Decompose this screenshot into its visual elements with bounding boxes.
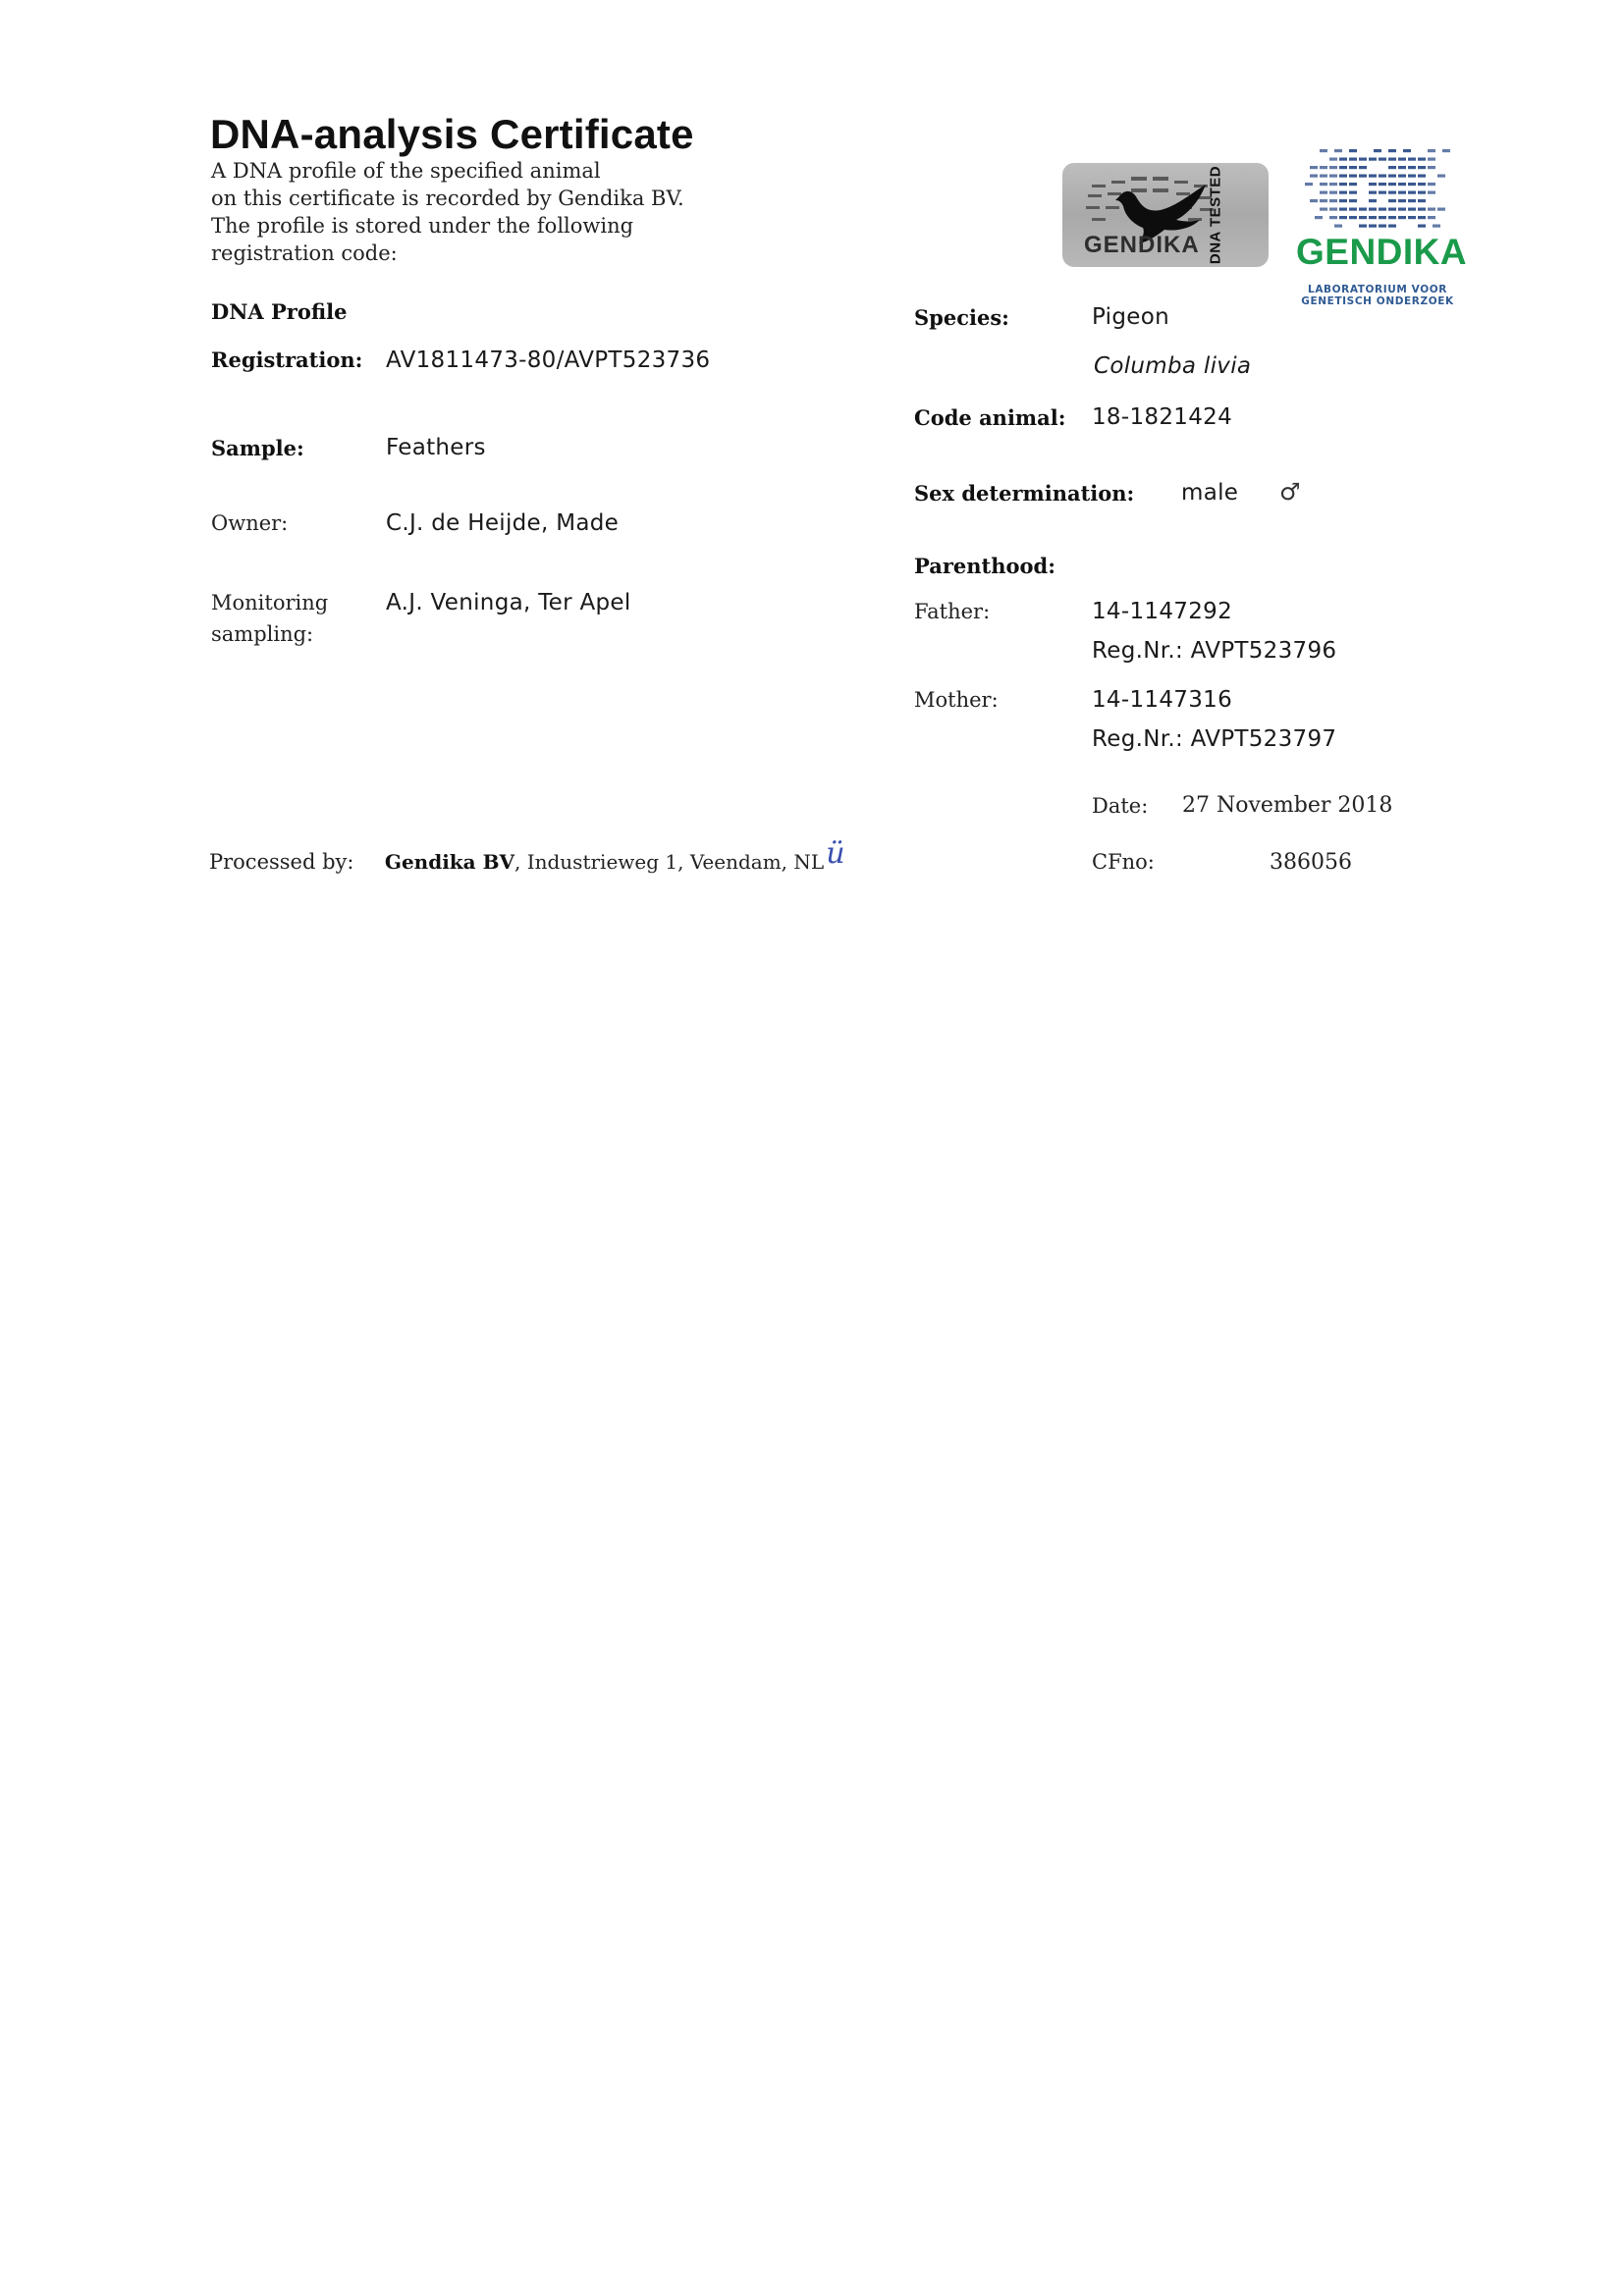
mother-label: Mother: xyxy=(914,688,999,712)
handwritten-signature: ü xyxy=(826,836,844,871)
badge-dna-tested: DNA TESTED xyxy=(1207,166,1223,264)
sex-label: Sex determination: xyxy=(914,481,1134,506)
mother-reg: Reg.Nr.: AVPT523797 xyxy=(1092,726,1336,752)
father-code: 14-1147292 xyxy=(1092,599,1232,624)
monitoring-label-line: sampling: xyxy=(211,622,328,646)
processor-company: Gendika BV xyxy=(385,850,514,874)
sex-value: male xyxy=(1181,480,1238,506)
date-value: 27 November 2018 xyxy=(1182,793,1392,818)
certificate-title: DNA-analysis Certificate xyxy=(210,111,694,158)
owner-label: Owner: xyxy=(211,511,288,535)
monitoring-value: A.J. Veninga, Ter Apel xyxy=(386,590,631,615)
male-symbol-icon: ♂ xyxy=(1279,478,1301,506)
mother-code: 14-1147316 xyxy=(1092,687,1232,713)
intro-line: on this certificate is recorded by Gendi… xyxy=(211,185,761,212)
intro-line: The profile is stored under the followin… xyxy=(211,212,761,240)
processed-by: Processed by: Gendika BV, Industrieweg 1… xyxy=(209,842,845,877)
processed-label: Processed by: xyxy=(209,850,353,874)
gendika-wordmark: GENDIKA xyxy=(1296,232,1467,273)
badge-brand: GENDIKA xyxy=(1084,232,1200,259)
sample-label: Sample: xyxy=(211,436,304,460)
monitoring-label: Monitoring sampling: xyxy=(211,591,328,646)
dna-profile-heading: DNA Profile xyxy=(211,299,347,324)
cfno-label: CFno: xyxy=(1092,850,1155,874)
subtitle-line: LABORATORIUM VOOR xyxy=(1299,284,1456,295)
intro-line: registration code: xyxy=(211,240,761,267)
father-label: Father: xyxy=(914,600,990,623)
parenthood-heading: Parenthood: xyxy=(914,554,1055,578)
code-animal-label: Code animal: xyxy=(914,405,1066,430)
species-latin: Columba livia xyxy=(1094,353,1251,379)
gendika-subtitle: LABORATORIUM VOOR GENETISCH ONDERZOEK xyxy=(1299,284,1456,307)
owner-value: C.J. de Heijde, Made xyxy=(386,510,619,536)
code-animal-value: 18-1821424 xyxy=(1092,404,1232,430)
species-label: Species: xyxy=(914,305,1009,330)
dna-bars-g-icon xyxy=(1304,145,1451,239)
processor-address: , Industrieweg 1, Veendam, NL xyxy=(514,850,824,874)
monitoring-label-line: Monitoring xyxy=(211,591,328,614)
sample-value: Feathers xyxy=(386,435,486,460)
father-reg: Reg.Nr.: AVPT523796 xyxy=(1092,638,1336,664)
cfno-value: 386056 xyxy=(1270,850,1352,875)
registration-label: Registration: xyxy=(211,347,362,372)
date-label: Date: xyxy=(1092,794,1148,818)
registration-value: AV1811473-80/AVPT523736 xyxy=(386,347,710,373)
intro-text: A DNA profile of the specified animal on… xyxy=(211,157,761,267)
species-value: Pigeon xyxy=(1092,304,1169,330)
subtitle-line: GENETISCH ONDERZOEK xyxy=(1299,295,1456,307)
dna-tested-badge: GENDIKA DNA TESTED xyxy=(1062,163,1269,267)
intro-line: A DNA profile of the specified animal xyxy=(211,157,761,185)
